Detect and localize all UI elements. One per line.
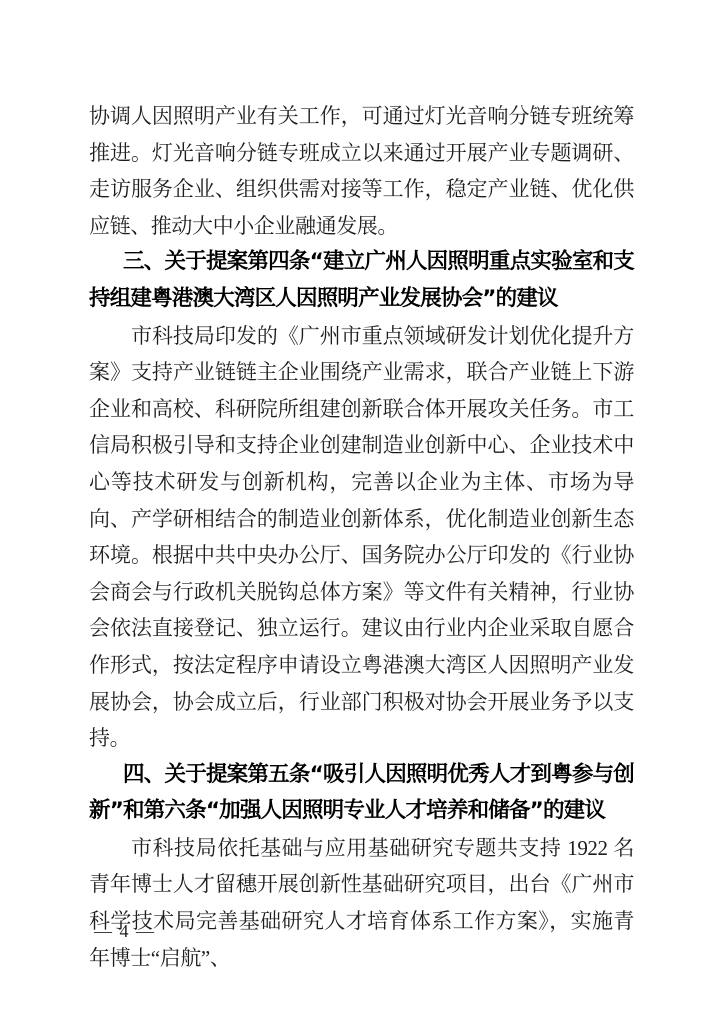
document-body: 协调人因照明产业有关工作，可通过灯光音响分链专班统筹推进。灯光音响分链专班成立以… (89, 98, 634, 976)
document-page: 协调人因照明产业有关工作，可通过灯光音响分链专班统筹推进。灯光音响分链专班成立以… (0, 0, 724, 1024)
paragraph-continued-from-previous-page: 协调人因照明产业有关工作，可通过灯光音响分链专班统筹推进。灯光音响分链专班成立以… (89, 98, 634, 244)
section-four-paragraph: 市科技局依托基础与应用基础研究专题共支持 1922 名青年博士人才留穗开展创新性… (89, 830, 634, 976)
section-heading-four: 四、关于提案第五条“吸引人因照明优秀人才到粤参与创新”和第六条“加强人因照明专业… (89, 757, 634, 830)
page-number: — 4 — (94, 921, 156, 942)
section-three-paragraph: 市科技局印发的《广州市重点领域研发计划优化提升方案》支持产业链链主企业围绕产业需… (89, 318, 634, 757)
section-heading-three: 三、关于提案第四条“建立广州人因照明重点实验室和支持组建粤港澳大湾区人因照明产业… (89, 244, 634, 317)
